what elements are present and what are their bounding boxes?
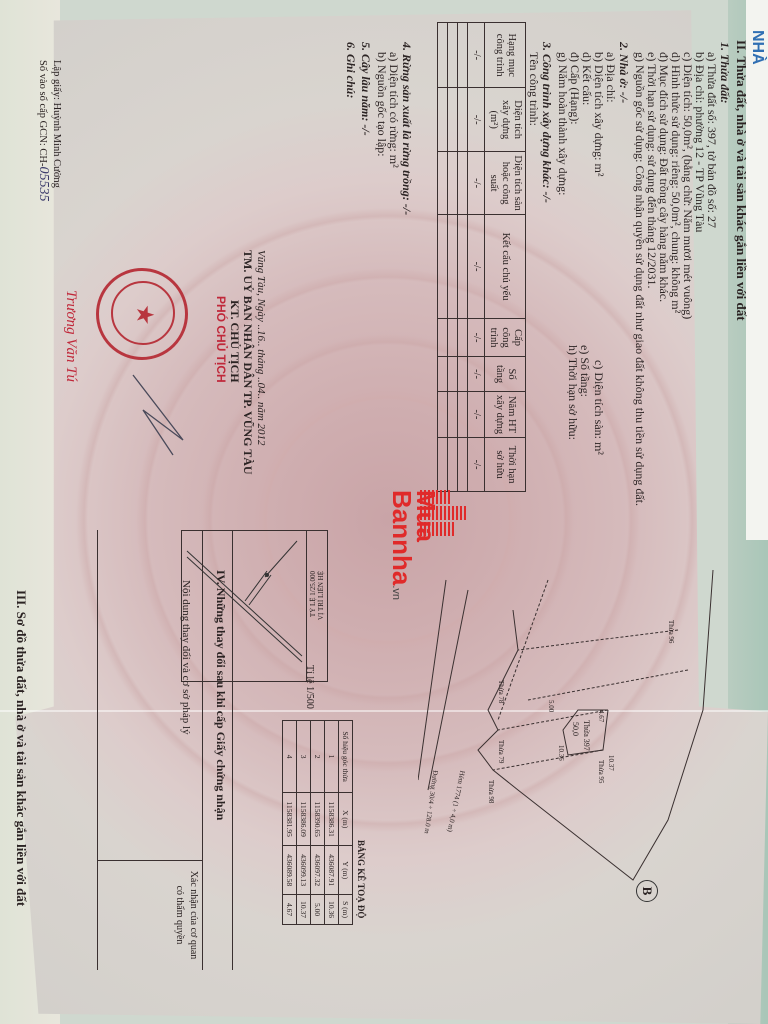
plan-scale: Tỉ lệ 1/500 — [302, 665, 316, 709]
section4-col-changes: Nội dung thay đổi và cơ sở pháp lý — [179, 580, 193, 735]
coord-table-title: BẢNG KÊ TOẠ ĐỘ — [354, 840, 368, 918]
other-works-table: Hạng mục công trình Diện tích xây dựng (… — [437, 22, 526, 492]
signature-org: TM. UỶ BAN NHÂN DÂN TP. VŨNG TÀU — [241, 250, 255, 475]
land-dd: đ) Mục đích sử dụng: Đất trồng cây hàng … — [657, 52, 671, 302]
col-header: Cấp công trình — [485, 318, 526, 357]
official-stamp: ★ — [96, 268, 188, 360]
signature-role: KT. CHỦ TỊCH — [228, 300, 242, 383]
neighbor-label: Thửa 79 — [494, 740, 508, 763]
neighbor-label: Thửa 98 — [484, 780, 498, 803]
table-cell: 2 — [311, 721, 325, 793]
col-header: Số tầng — [485, 357, 526, 392]
table-row — [448, 23, 458, 492]
land-heading: 1. Thửa đất: — [718, 42, 732, 104]
table-row: 2 1158390.65 436097.32 5.00 — [311, 721, 325, 925]
signature-role-deputy: PHÓ CHỦ TỊCH — [214, 296, 228, 383]
col-header: Số hiệu góc thửa — [339, 721, 353, 793]
col-header: X (m) — [339, 793, 353, 846]
house-d: d) Kết cấu: — [580, 52, 594, 105]
notes-heading: 6. Ghi chú: — [344, 42, 358, 98]
table-row: -/- -/- -/- -/- -/- -/- -/- -/- — [468, 23, 485, 492]
house-dd: đ) Cấp (Hạng): — [568, 52, 582, 125]
signature-date: Vũng Tàu, Ngày ..16.. tháng ..04.. năm 2… — [254, 250, 268, 446]
col-header: Hạng mục công trình — [485, 23, 526, 88]
neighbor-label: Thửa 78 — [494, 680, 508, 703]
table-cell: 1 — [325, 721, 339, 793]
table-cell: -/- — [468, 23, 485, 88]
book-number-value: 05535 — [36, 166, 51, 201]
table-cell: 10.37 — [297, 895, 311, 925]
table-row: 3 1158386.09 436099.13 10.37 — [297, 721, 311, 925]
neighbor-label: Thửa 96 — [664, 620, 678, 643]
dimension-label: 5.00 — [544, 700, 558, 712]
table-cell: 436087.91 — [325, 846, 339, 895]
table-cell: 1158386.09 — [297, 793, 311, 846]
dimension-label: 4.67 — [594, 710, 608, 722]
land-c: c) Diện tích: 50,0m², (bằng chữ: Năm mươ… — [681, 52, 695, 319]
other-works-name-label: Tên công trình: — [527, 52, 541, 126]
house-c: c) Diện tích sàn: m² — [592, 360, 606, 455]
table-cell: 436099.13 — [297, 846, 311, 895]
land-a: a) Thửa đất số: 397, tờ bản đồ số: 27 — [705, 52, 719, 228]
clerk-line: Lập giấy: Huỳnh Minh Cường — [49, 60, 63, 188]
section4-box — [18, 530, 298, 980]
table-cell: -/- — [468, 438, 485, 492]
section4-col-confirm: Xác nhận của cơ quan có thẩm quyền — [172, 870, 200, 960]
signature-scribble — [113, 370, 193, 460]
other-works-heading: 3. Công trình xây dựng khác: -/- — [540, 42, 554, 203]
col-header: Năm HT xây dựng — [485, 391, 526, 437]
col-header: Diện tích sàn hoặc công suất — [485, 151, 526, 214]
north-arrow-icon: B — [636, 880, 658, 902]
table-cell: 1158386.31 — [325, 793, 339, 846]
location-map-scale: TỶ LỆ 1/25.000 — [309, 571, 317, 617]
table-cell: -/- — [468, 357, 485, 392]
col-header: Y (m) — [339, 846, 353, 895]
table-cell: 5.00 — [311, 895, 325, 925]
house-h: h) Thời hạn sở hữu: — [566, 345, 580, 440]
table-cell: -/- — [468, 318, 485, 357]
table-row — [438, 23, 448, 492]
land-d: d) Hình thức sử dụng: riêng: 50,0m², chu… — [669, 52, 683, 313]
table-cell: -/- — [468, 215, 485, 318]
certificate-document: II. Thửa đất, nhà ở và tài sản khác gắn … — [0, 0, 768, 1024]
section4-heading: IV. Những thay đổi sau khi cấp Giấy chứn… — [214, 570, 228, 820]
signer-name: Trương Văn Tú — [64, 290, 78, 382]
location-map-title: VỊ TRÍ LIÊN HỆ — [317, 571, 325, 620]
dimension-label: 10.37 — [604, 755, 618, 771]
house-g: g) Năm hoàn thành xây dựng: — [556, 52, 570, 195]
book-number-label: Số vào sổ cấp GCN: CH- — [37, 60, 48, 166]
table-cell: 436097.32 — [311, 846, 325, 895]
table-cell: 3 — [297, 721, 311, 793]
forest-heading: 4. Rừng sản xuất là rừng trồng: -/- — [400, 42, 414, 215]
watermark-line2: Bannha.vn — [384, 490, 414, 600]
table-header-row: Số hiệu góc thửa X (m) Y (m) S (m) — [339, 721, 353, 925]
forest-b: b) Nguồn gốc tạo lập: — [375, 52, 389, 157]
forest-a: a) Diện tích có rừng: m² — [387, 52, 401, 168]
table-row — [458, 23, 468, 492]
perennial-heading: 5. Cây lâu năm: -/- — [359, 42, 373, 136]
col-header: Kết cấu chủ yếu — [485, 215, 526, 318]
table-cell: 1158390.65 — [311, 793, 325, 846]
land-e: e) Thời hạn sử dụng: sử dụng đến tháng 1… — [645, 52, 659, 288]
col-header: S (m) — [339, 895, 353, 925]
col-header: Diện tích xây dựng (m²) — [485, 88, 526, 151]
house-a: a) Địa chỉ: — [604, 52, 618, 103]
land-g: g) Nguồn gốc sử dụng: Công nhận quyền sử… — [633, 52, 647, 506]
table-row: 1 1158386.31 436087.91 10.36 — [325, 721, 339, 925]
table-cell: -/- — [468, 391, 485, 437]
land-b: b) Địa chỉ: phường 12 - TP Vũng Tàu — [693, 52, 707, 232]
watermark-building-icon — [418, 490, 468, 550]
house-b: b) Diện tích xây dựng: m² — [592, 52, 606, 176]
parcel-area: 50,0 — [568, 722, 582, 736]
house-heading: 2. Nhà ở: -/- — [617, 42, 631, 103]
col-header: Thời hạn sở hữu — [485, 438, 526, 492]
house-e: e) Số tầng: — [578, 345, 592, 397]
table-cell: -/- — [468, 151, 485, 214]
table-cell: -/- — [468, 88, 485, 151]
table-header-row: Hạng mục công trình Diện tích xây dựng (… — [485, 23, 526, 492]
dimension-label: 10.36 — [554, 745, 568, 761]
table-cell: 10.36 — [325, 895, 339, 925]
section2-heading: II. Thửa đất, nhà ở và tài sản khác gắn … — [734, 40, 748, 321]
star-icon: ★ — [130, 304, 159, 326]
book-number-line: Số vào sổ cấp GCN: CH-05535 — [35, 60, 50, 201]
